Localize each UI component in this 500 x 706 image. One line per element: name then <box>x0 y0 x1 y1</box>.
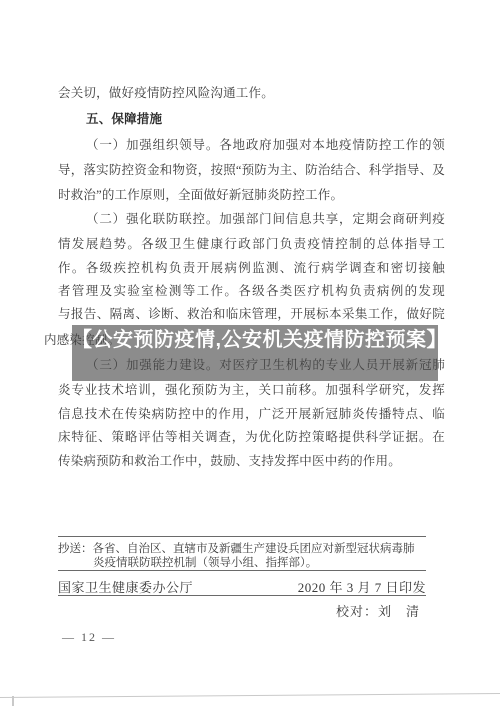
body-line: 传染病预防和救治工作中，鼓励、支持发挥中医中药的作用。 <box>58 454 445 469</box>
body-line: （二）强化联防联控。加强部门间信息共享，定期会商研判疫 <box>86 212 445 227</box>
scan-edge-line <box>0 693 500 698</box>
body-line: 信息技术在传染病防控中的作用，广泛开展新冠肺炎传播特点、临 <box>58 407 445 422</box>
cc-line-1: 抄送：各省、自治区、直辖市及新疆生产建设兵团应对新型冠状病毒肺 <box>58 542 426 556</box>
issuer-name: 国家卫生健康委办公厅 <box>58 577 193 596</box>
print-date: 2020 年 3 月 7 日印发 <box>298 577 426 596</box>
body-line: 作。各级疾控机构负责开展病例监测、流行病学调查和密切接触 <box>58 261 445 276</box>
proofreader: 校对：刘 清 <box>58 601 420 620</box>
body-line: 者管理及实验室检测等工作。各级各类医疗机构负责病例的发现 <box>58 284 445 299</box>
body-line: 与报告、隔离、诊断、救治和临床管理，开展标本采集工作，做好院 <box>58 307 445 322</box>
footer-divider-top <box>58 536 426 537</box>
body-line: 床特征、策略评估等相关调查，为优化防控策略提供科学证据。在 <box>58 430 445 445</box>
footer-divider-bottom <box>58 595 426 596</box>
body-line: 情发展趋势。各级卫生健康行政部门负责疫情控制的总体指导工 <box>58 237 445 252</box>
body-line: 时救治”的工作原则，全面做好新冠肺炎防控工作。 <box>58 188 445 203</box>
watermark-title: 【公安预防疫情,公安机关疫情防控预案】 <box>72 327 438 353</box>
cc-line-2: 炎疫情联防联控机制（领导小组、指挥部）。 <box>58 556 461 570</box>
scanned-document-page: 会关切，做好疫情防控风险沟通工作。 五、保障措施 （一）加强组织领导。各地政府加… <box>0 0 500 706</box>
body-line: 炎专业技术培训，强化预防为主，关口前移。加强科学研究，发挥 <box>58 383 445 398</box>
body-line: （一）加强组织领导。各地政府加强对本地疫情防控工作的领 <box>86 138 445 153</box>
footer-divider-middle <box>58 570 426 571</box>
scan-edge-tick <box>12 696 14 706</box>
body-line: 会关切，做好疫情防控风险沟通工作。 <box>58 86 445 101</box>
section-heading: 五、保障措施 <box>86 112 445 127</box>
page-number: — 12 — <box>62 630 116 645</box>
issuer-row: 国家卫生健康委办公厅 2020 年 3 月 7 日印发 <box>58 577 426 596</box>
body-line: 导，落实防控资金和物资，按照“预防为主、防治结合、科学指导、及 <box>58 163 445 178</box>
